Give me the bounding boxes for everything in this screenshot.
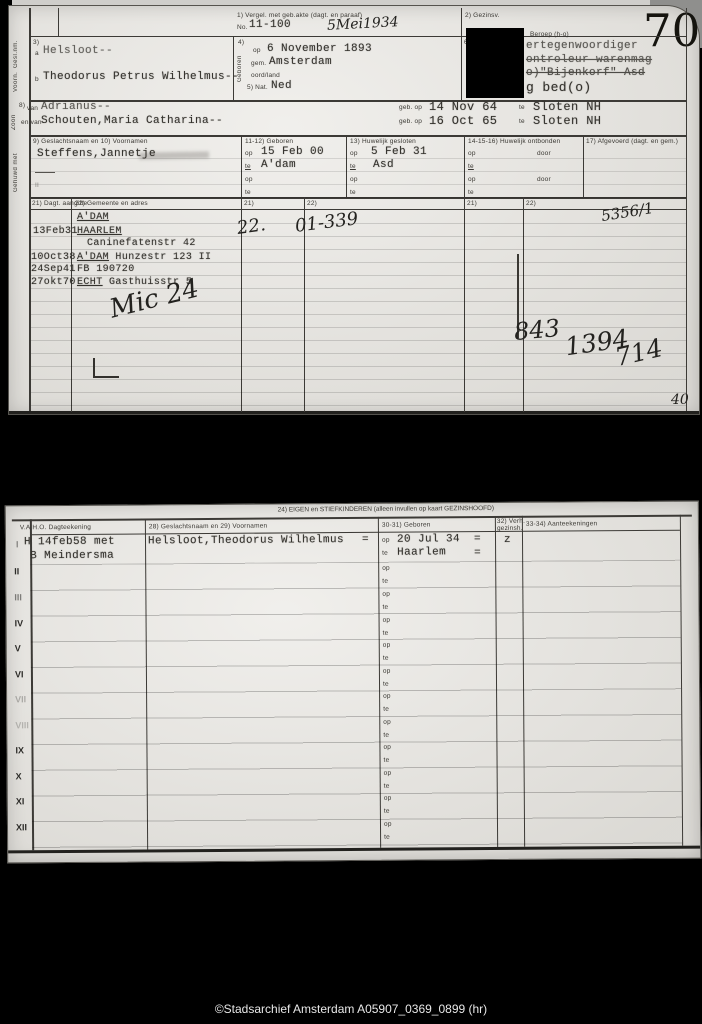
geboren-op1-label: op: [245, 150, 253, 157]
geboren-column-header: 11-12) Geboren: [245, 138, 293, 145]
ontbonden-door2-label: door: [537, 176, 551, 183]
table-header-22b: 22): [307, 200, 317, 207]
beroep-line-3: o)"Bijenkorf" Asd: [526, 67, 645, 79]
birth-place-value: Amsterdam: [269, 56, 332, 68]
line-parents-bottom: [29, 135, 687, 137]
line-row1-bottom: [29, 36, 687, 37]
mother-geb-op-label: geb. op: [399, 118, 422, 125]
row3-te-label: te: [382, 604, 388, 611]
ontbonden-column-header: 14-15-16) Huwelijk ontbonden: [468, 138, 560, 145]
row9-te-label: te: [384, 757, 390, 764]
zoon-vertical-label: Zoon: [11, 104, 17, 130]
gehuwd-met-vertical-label: Gehuwd met: [13, 140, 19, 192]
row6-op-label: op: [383, 668, 391, 675]
address-city: A'DAM: [77, 212, 109, 223]
geboren-op2-label: op: [245, 176, 253, 183]
table-header-22c: 22): [526, 200, 536, 207]
row7-te-label: te: [383, 706, 389, 713]
row10-te-label: te: [384, 783, 390, 790]
nationality-value: Ned: [271, 80, 292, 92]
geboren-te1-label: te: [245, 163, 251, 170]
card-number: 70: [643, 4, 700, 57]
table-header-21c: 21): [467, 200, 477, 207]
ontbonden-door1-label: door: [537, 150, 551, 157]
marriage2-roman-label: II: [35, 182, 39, 189]
address-rest: FB 190720: [77, 264, 135, 275]
surname-value: Helsloot--: [43, 45, 113, 57]
vaho-entry-line1: H 14feb58 met: [24, 536, 115, 549]
line-card-bottom: [9, 411, 699, 414]
mother-te-label: te: [519, 118, 525, 125]
address-rest: Hunzestr 123 II: [109, 252, 211, 263]
geboren-column-header: 30-31) Geboren: [382, 521, 431, 528]
father-van-label: van: [27, 105, 38, 112]
row-roman-I: I: [16, 539, 19, 549]
father-name-value: Adrianus--: [41, 101, 111, 113]
ontbonden-op1-label: op: [468, 150, 476, 157]
child-verh-value: z: [504, 534, 511, 546]
row8-te-label: te: [383, 732, 389, 739]
field3-label: 3): [33, 39, 39, 46]
huwelijk-te1-label: te: [350, 163, 356, 170]
row-separator-lines: [30, 560, 682, 850]
mother-birth-date: 16 Oct 65: [429, 114, 497, 128]
scanned-document-page: 70 1) Vergel. met geb.akte (dagt. en par…: [0, 0, 702, 1024]
dossier-number: 5356/1: [600, 199, 655, 225]
row3-op-label: op: [382, 591, 390, 598]
ontbonden-te2-label: te: [468, 189, 474, 196]
redaction-box: [466, 28, 524, 98]
child-geboren-op-label: op: [382, 537, 390, 544]
afgevoerd-column-header: 17) Afgevoerd (dagt. en gem.): [586, 138, 678, 145]
geslachtsnaam-vertical-label: Gesl.nm.: [13, 38, 19, 68]
table-row: HAARLEM: [77, 226, 122, 237]
address-city: HAARLEM: [77, 226, 122, 237]
address-rest: Caninefatenstr 42: [87, 238, 196, 249]
row8-op-label: op: [383, 719, 391, 726]
row4-op-label: op: [383, 617, 391, 624]
marriage-date: 5 Feb 31: [371, 146, 427, 158]
spouse-birth-place: A'dam: [261, 159, 296, 171]
divider-row1: [58, 8, 59, 36]
given-names-value: Theodorus Petrus Wilhelmus--: [43, 71, 239, 83]
table-row: A'DAM: [77, 212, 109, 223]
child-birth-place: Haarlem: [397, 546, 446, 558]
row-roman-X: X: [16, 771, 22, 781]
table-header-21b: 21): [244, 200, 254, 207]
equals-mark: =: [474, 547, 481, 559]
field4-label: 4): [238, 39, 244, 46]
row-roman-VII: VII: [15, 694, 26, 704]
field3-a-label: a: [35, 50, 39, 57]
address-city: ECHT: [77, 277, 103, 288]
spouse-name-header: 9) Geslachtsnaam en 10) Voornamen: [33, 138, 148, 145]
geboren-te2-label: te: [245, 189, 251, 196]
marriage-place: Asd: [373, 159, 394, 171]
table-row-date: 10Oct38: [31, 252, 76, 263]
huwelijk-op2-label: op: [350, 176, 358, 183]
row-roman-VIII: VIII: [15, 720, 29, 730]
row10-op-label: op: [384, 770, 392, 777]
table-row-date: 24Sep41: [31, 264, 76, 275]
row-roman-XII: XII: [16, 822, 27, 832]
field1-no-value: 11-100: [249, 19, 291, 31]
row2-op-label: op: [382, 565, 390, 572]
father-birth-place: Sloten NH: [533, 100, 601, 114]
equals-mark: =: [362, 534, 369, 546]
mid-annotation-a: 22.: [236, 214, 267, 239]
row11-te-label: te: [384, 808, 390, 815]
field3-b-label: b: [35, 76, 39, 83]
verh-column-header-line2: gezinsh.: [497, 525, 523, 532]
mother-van-label: en van: [21, 119, 42, 126]
spouse-guide-lines: [31, 158, 686, 199]
pen-mark-l-shape: [93, 358, 119, 378]
geboren-vertical-label: Geboren: [237, 48, 243, 82]
mother-name-value: Schouten,Maria Catharina--: [41, 115, 223, 127]
beroep-line-4: g bed(o): [526, 80, 592, 95]
huwelijk-te2-label: te: [350, 189, 356, 196]
birth-date-value: 6 November 1893: [267, 43, 372, 55]
row-roman-XI: XI: [16, 796, 25, 806]
huwelijk-column-header: 13) Huwelijk gesloten: [350, 138, 416, 145]
row5-te-label: te: [383, 655, 389, 662]
vaho-column-header: V.A.H.O. Dagteekening: [20, 524, 91, 531]
child-name-value: Helsloot,Theodorus Wilhelmus: [148, 534, 344, 547]
field4-gem-label: gem.: [251, 60, 266, 67]
number-annotation-1: 843: [513, 314, 561, 346]
beroep-line-1: ertegenwoordiger: [526, 40, 638, 52]
name-column-header: 28) Geslachtsnaam en 29) Voornamen: [149, 523, 267, 531]
father-geb-op-label: geb. op: [399, 104, 422, 111]
ink-smudge: [139, 151, 209, 159]
border-right: [686, 8, 687, 412]
row11-op-label: op: [384, 795, 392, 802]
field4-op-label: op: [253, 47, 261, 54]
row6-te-label: te: [383, 681, 389, 688]
row-roman-II: II: [14, 566, 19, 576]
row12-te-label: te: [384, 834, 390, 841]
spouse-birth-date: 15 Feb 00: [261, 146, 324, 158]
huwelijk-op1-label: op: [350, 150, 358, 157]
table-row: A'DAM Hunzestr 123 II: [77, 252, 211, 263]
line-table-header: [29, 209, 687, 210]
table-row-date: 27okt70: [31, 277, 76, 288]
table-row-date: 13Feb31: [33, 226, 78, 237]
ontbonden-op2-label: op: [468, 176, 476, 183]
address-city: A'DAM: [77, 252, 109, 263]
line-under-col-headers: [30, 530, 680, 536]
row-roman-IX: IX: [15, 745, 24, 755]
table-row: Caninefatenstr 42: [87, 238, 196, 249]
number-annotation-4: 40: [671, 392, 689, 408]
field4-land-label: oord/land: [251, 72, 280, 79]
row2-te-label: te: [382, 578, 388, 585]
table-header-address: 22) Gemeente en adres: [75, 200, 148, 207]
father-te-label: te: [519, 104, 525, 111]
aanteekeningen-column-header: 33-34) Aanteekeningen: [526, 520, 597, 527]
field2-label: 2) Gezinsv.: [465, 12, 500, 19]
field1-no-label: No.: [237, 24, 248, 31]
child-birth-date: 20 Jul 34: [397, 533, 460, 545]
marriage1-dash: [35, 172, 55, 173]
row4-te-label: te: [383, 630, 389, 637]
father-birth-date: 14 Nov 64: [429, 100, 497, 114]
child-geboren-te-label: te: [382, 550, 388, 557]
field5-label: 5) Nat.: [247, 84, 268, 91]
row7-op-label: op: [383, 693, 391, 700]
registration-card-front: 70 1) Vergel. met geb.akte (dagt. en par…: [8, 5, 700, 415]
row5-op-label: op: [383, 642, 391, 649]
voornamen-vertical-label: Voorn.: [13, 66, 19, 92]
mother-birth-place: Sloten NH: [533, 114, 601, 128]
row-roman-III: III: [14, 592, 22, 602]
row12-op-label: op: [384, 821, 392, 828]
row-roman-V: V: [15, 643, 21, 653]
equals-mark: =: [474, 533, 481, 545]
row9-op-label: op: [383, 744, 391, 751]
field8-label: 8): [19, 102, 25, 109]
beroep-label: Beroep (h-o): [530, 31, 569, 38]
table-row: FB 190720: [77, 264, 135, 275]
children-section-title: 24) EIGEN en STIEFKINDEREN (alleen invul…: [176, 504, 596, 514]
row-roman-IV: IV: [15, 618, 24, 628]
ontbonden-te1-label: te: [468, 163, 474, 170]
field1-date-handwritten: 5Mei1934: [327, 14, 399, 34]
vaho-entry-line2: B Meindersma: [30, 550, 114, 563]
divider-name-birth: [233, 36, 234, 100]
registration-card-children: 24) EIGEN en STIEFKINDEREN (alleen invul…: [5, 501, 701, 864]
row-roman-VI: VI: [15, 669, 24, 679]
archive-caption: ©Stadsarchief Amsterdam A05907_0369_0899…: [0, 1002, 702, 1016]
divider-field1-field2: [461, 8, 462, 100]
beroep-line-2: ontroleur warenmag: [526, 54, 652, 66]
